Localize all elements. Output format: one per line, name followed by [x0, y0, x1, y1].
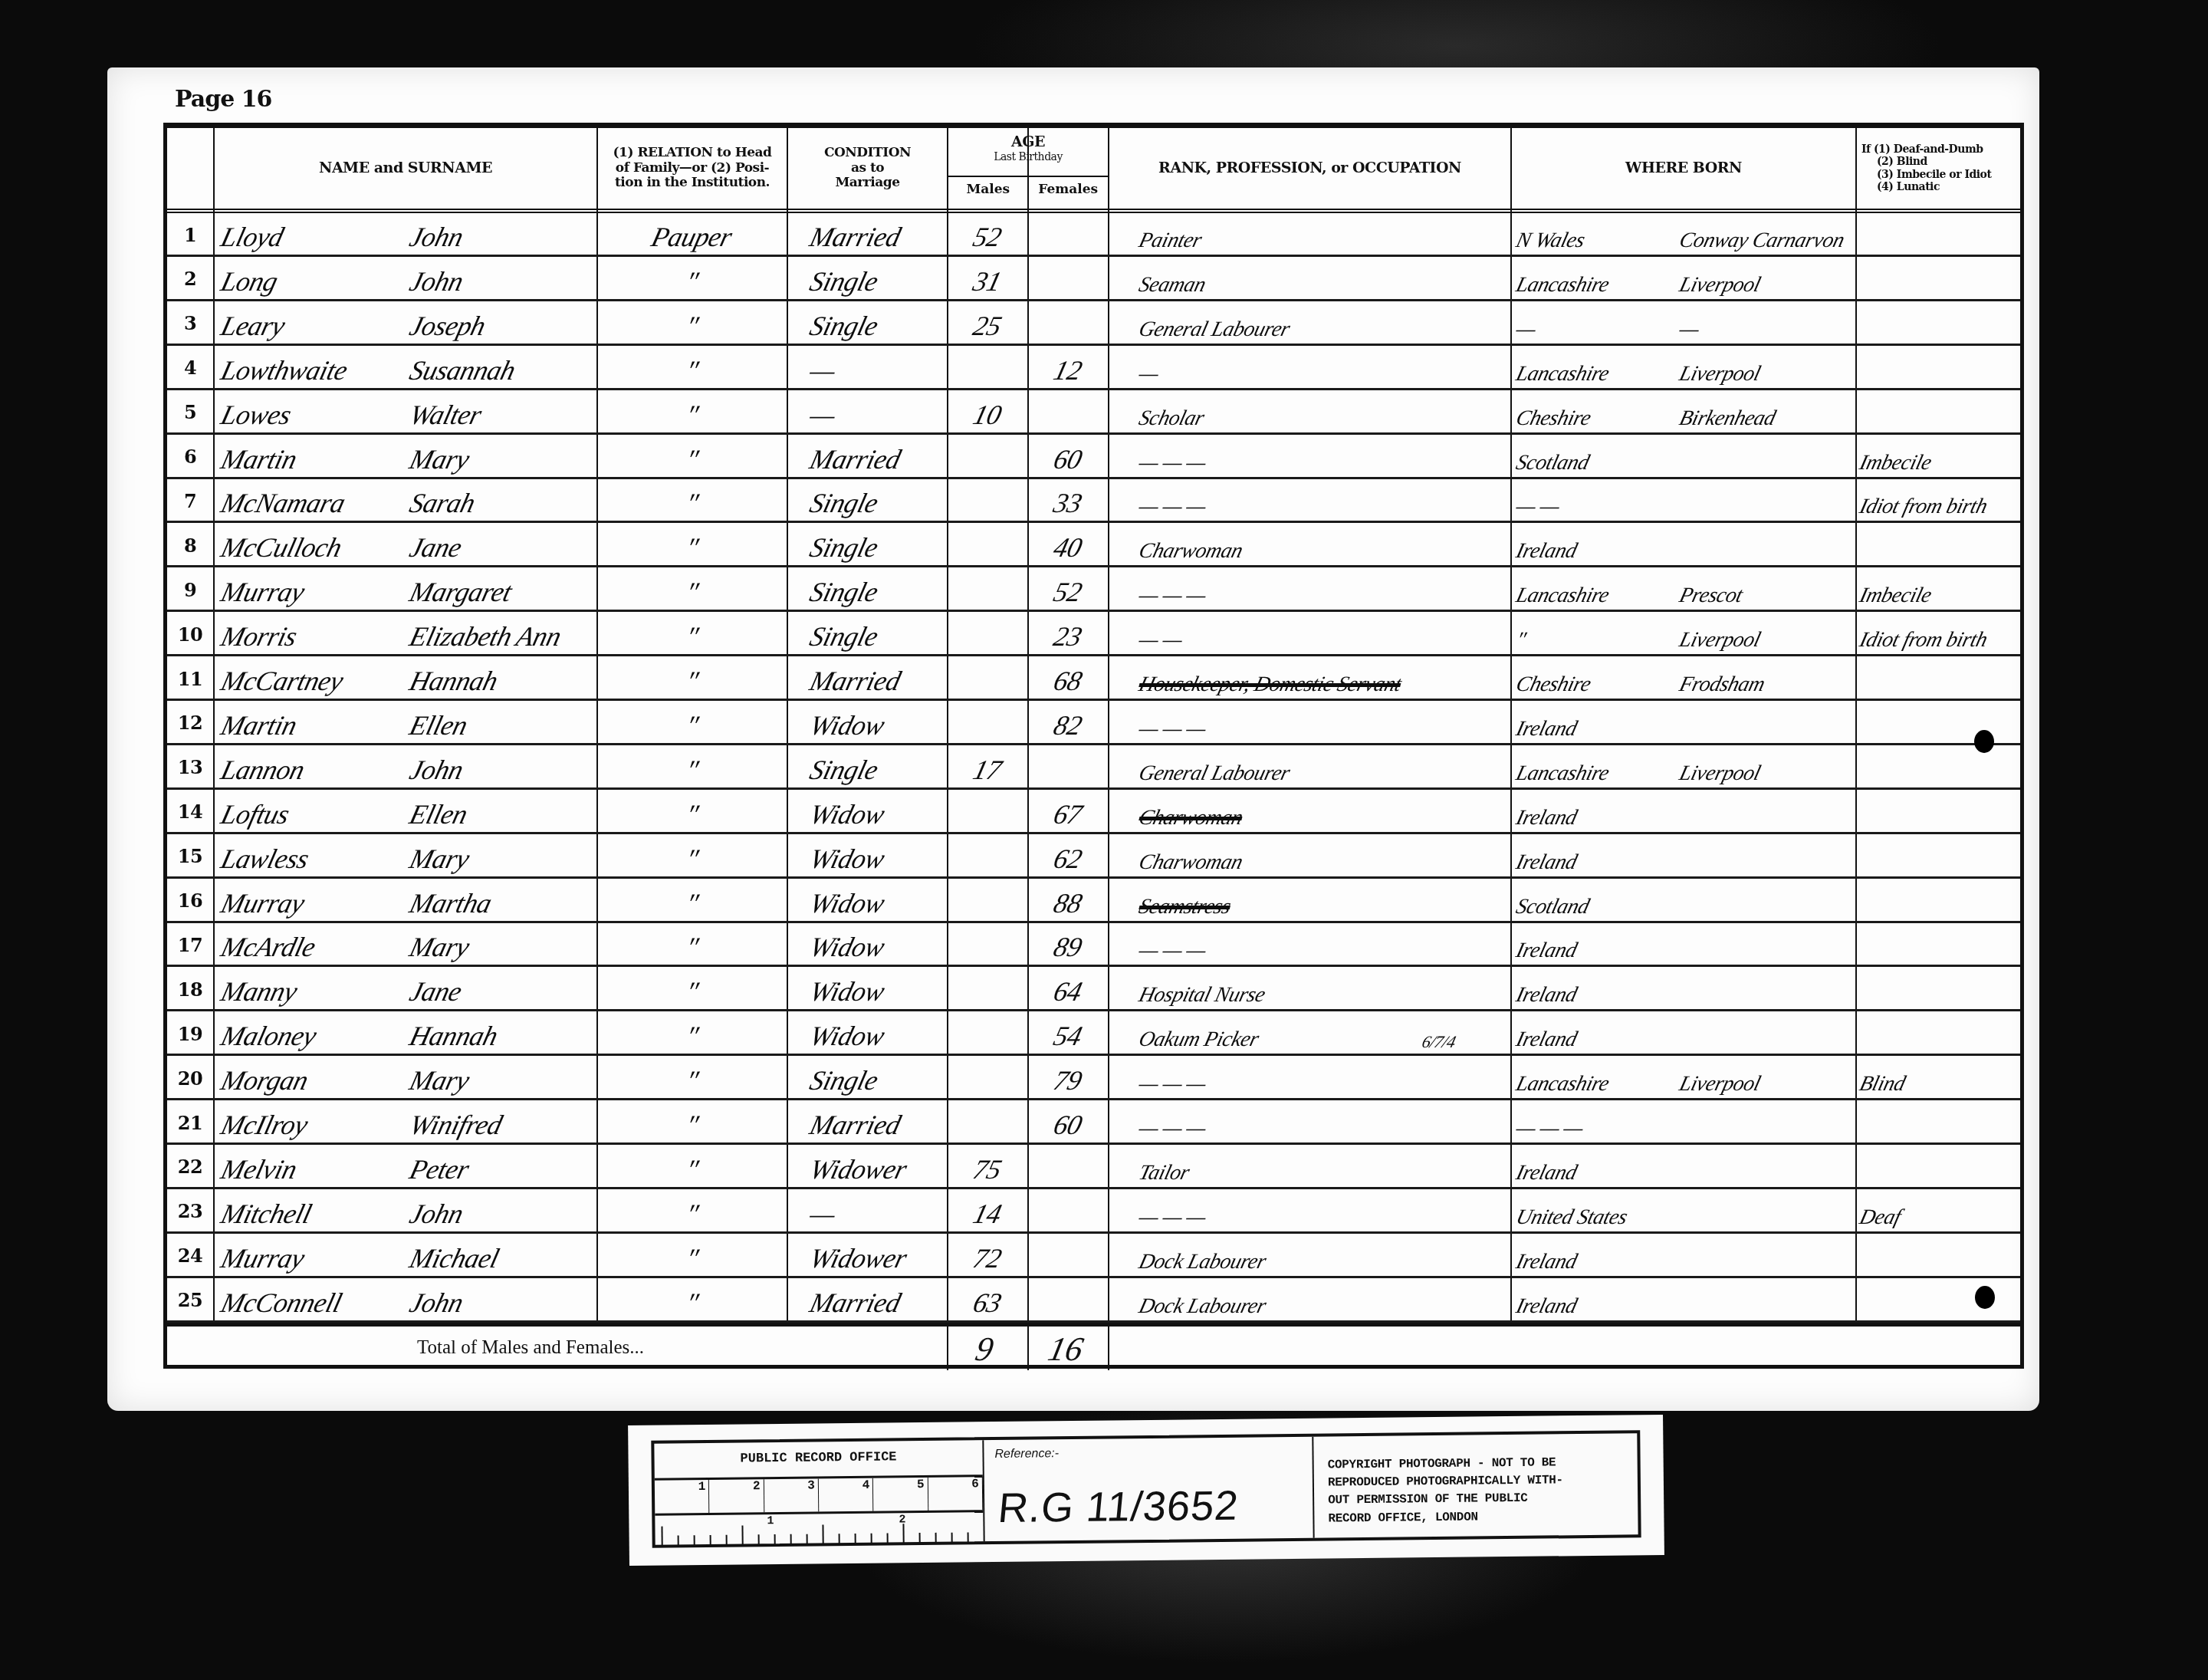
- header-infirmity: If (1) Deaf-and-Dumb (2) Blind (3) Imbec…: [1857, 128, 2022, 209]
- cell-forename: Sarah: [406, 478, 600, 523]
- cell-infirmity: [1856, 656, 2029, 701]
- cell-infirmity: [1856, 390, 2029, 435]
- cell-forename: Martha: [406, 879, 600, 923]
- cell-born-county: Lancashire: [1513, 1056, 1684, 1100]
- cell-born-place: Liverpool: [1676, 257, 1859, 301]
- cell-born-county: Ireland: [1513, 1278, 1684, 1323]
- cell-occupation: — — —: [1135, 1189, 1514, 1234]
- ruler-tick: [774, 1534, 776, 1545]
- cell-surname: Murray: [217, 879, 419, 923]
- cell-occupation: Dock Labourer: [1135, 1234, 1514, 1278]
- ruler-tick: [790, 1534, 792, 1545]
- cell-infirmity: Blind: [1856, 1056, 2029, 1100]
- cell-male-age: 17: [943, 745, 1033, 790]
- cell-female-age: [1024, 390, 1113, 435]
- cell-condition: Single: [806, 745, 952, 790]
- cell-born-place: Conway Carnarvon: [1676, 212, 1859, 257]
- cell-row-number: 4: [167, 346, 213, 390]
- table-row: 11McCartneyHannah"Married68Housekeeper, …: [167, 656, 2020, 701]
- cell-surname: McArdle: [217, 922, 419, 967]
- ruler-tick: [855, 1534, 856, 1544]
- page-number: Page 16: [175, 86, 271, 113]
- cell-row-number: 19: [167, 1011, 213, 1056]
- totals-females: 16: [1045, 1330, 1087, 1369]
- cell-born-place: Liverpool: [1676, 612, 1859, 656]
- cell-relation: ": [593, 656, 792, 701]
- cell-occupation: — — —: [1135, 567, 1514, 612]
- reference-card: PUBLIC RECORD OFFICE 1 2 3 4 5 6 1 2 Ref…: [628, 1415, 1664, 1566]
- copyright-notice: COPYRIGHT PHOTOGRAPH - NOT TO BE REPRODU…: [1313, 1433, 1638, 1537]
- cell-row-number: 5: [167, 390, 213, 435]
- cell-occupation: Scholar: [1135, 390, 1514, 435]
- table-row: 3LearyJoseph"Single25General Labourer——: [167, 301, 2020, 346]
- cell-born-place: [1676, 701, 1859, 745]
- cell-infirmity: [1856, 834, 2029, 879]
- table-row: 23MitchellJohn"—14— — —United StatesDeaf: [167, 1189, 2020, 1234]
- cell-infirmity: [1856, 967, 2029, 1011]
- header-age-females: Females: [1029, 177, 1109, 209]
- cell-female-age: 23: [1024, 612, 1113, 656]
- cell-male-age: 10: [943, 390, 1033, 435]
- cell-female-age: 79: [1024, 1056, 1113, 1100]
- cell-occupation: Hospital Nurse: [1135, 967, 1514, 1011]
- cell-born-county: Ireland: [1513, 1011, 1684, 1056]
- cell-row-number: 9: [167, 567, 213, 612]
- cell-born-place: [1676, 922, 1859, 967]
- cell-condition: —: [806, 346, 952, 390]
- table-row: 4LowthwaiteSusannah"—12—LancashireLiverp…: [167, 346, 2020, 390]
- cell-female-age: 64: [1024, 967, 1113, 1011]
- cell-condition: Single: [806, 567, 952, 612]
- cell-male-age: [943, 567, 1033, 612]
- cell-forename: Walter: [406, 390, 600, 435]
- cell-infirmity: [1856, 346, 2029, 390]
- cell-forename: John: [406, 745, 600, 790]
- cell-born-place: [1676, 1189, 1859, 1234]
- cell-row-number: 16: [167, 879, 213, 923]
- office-name: PUBLIC RECORD OFFICE: [654, 1440, 982, 1480]
- header-age-males: Males: [948, 177, 1029, 209]
- cell-surname: Murray: [217, 1234, 419, 1278]
- cell-female-age: 60: [1024, 435, 1113, 479]
- cell-female-age: 12: [1024, 346, 1113, 390]
- cell-surname: Manny: [217, 967, 419, 1011]
- cell-born-county: Ireland: [1513, 967, 1684, 1011]
- table-row: 16MurrayMartha"Widow88SeamstressScotland: [167, 879, 2020, 923]
- cell-infirmity: [1856, 1100, 2029, 1145]
- cell-male-age: [943, 701, 1033, 745]
- cell-occupation-note: 6/7/4: [1419, 1011, 1506, 1056]
- cell-surname: McCulloch: [217, 523, 419, 567]
- header-age-sub: Males Females: [948, 176, 1108, 209]
- cell-condition: Married: [806, 1278, 952, 1323]
- cell-surname: Loftus: [217, 790, 419, 834]
- ruler-tick: [871, 1534, 872, 1544]
- cell-condition: Married: [806, 1100, 952, 1145]
- cell-born-place: Birkenhead: [1676, 390, 1859, 435]
- cell-born-county: Scotland: [1513, 435, 1684, 479]
- cell-row-number: 15: [167, 834, 213, 879]
- cell-relation: ": [593, 390, 792, 435]
- table-row: 2LongJohn"Single31SeamanLancashireLiverp…: [167, 257, 2020, 301]
- cell-female-age: 89: [1024, 922, 1113, 967]
- cell-row-number: 3: [167, 301, 213, 346]
- totals-males: 9: [972, 1330, 997, 1369]
- cell-infirmity: [1856, 212, 2029, 257]
- cell-forename: Hannah: [406, 1011, 600, 1056]
- ruler-tick: [935, 1533, 937, 1544]
- cell-condition: —: [806, 1189, 952, 1234]
- cell-row-number: 23: [167, 1189, 213, 1234]
- cell-male-age: [943, 478, 1033, 523]
- cell-relation: ": [593, 1278, 792, 1323]
- cell-occupation: Dock Labourer: [1135, 1278, 1514, 1323]
- cell-condition: Married: [806, 656, 952, 701]
- cell-male-age: [943, 790, 1033, 834]
- cell-born-county: Ireland: [1513, 523, 1684, 567]
- ruler-tick: [758, 1534, 760, 1545]
- cell-infirmity: [1856, 301, 2029, 346]
- header-where-born: WHERE BORN: [1512, 128, 1855, 209]
- ruler-bottom: 1 2: [655, 1512, 983, 1546]
- cell-row-number: 8: [167, 523, 213, 567]
- cell-surname: Leary: [217, 301, 419, 346]
- cell-infirmity: [1856, 1011, 2029, 1056]
- cell-row-number: 18: [167, 967, 213, 1011]
- cell-female-age: 40: [1024, 523, 1113, 567]
- cell-born-place: [1676, 435, 1859, 479]
- cell-relation: ": [593, 435, 792, 479]
- header-relation: (1) RELATION to Head of Family—or (2) Po…: [598, 128, 787, 209]
- table-row: 25McConnellJohn"Married63Dock LabourerIr…: [167, 1278, 2020, 1323]
- cell-male-age: [943, 834, 1033, 879]
- cell-male-age: [943, 879, 1033, 923]
- table-row: 21McIlroyWinifred"Married60— — —— — —: [167, 1100, 2020, 1145]
- table-row: 12MartinEllen"Widow82— — —Ireland: [167, 701, 2020, 745]
- ruler-tick: [919, 1533, 921, 1544]
- cell-surname: Maloney: [217, 1011, 419, 1056]
- cell-surname: Lowthwaite: [217, 346, 419, 390]
- cell-row-number: 10: [167, 612, 213, 656]
- cell-female-age: 52: [1024, 567, 1113, 612]
- cell-surname: Morgan: [217, 1056, 419, 1100]
- cell-relation: ": [593, 567, 792, 612]
- cell-occupation: Charwoman: [1135, 523, 1514, 567]
- cell-surname: Lowes: [217, 390, 419, 435]
- cell-condition: Widow: [806, 1011, 952, 1056]
- cell-born-county: Cheshire: [1513, 390, 1684, 435]
- cell-row-number: 17: [167, 922, 213, 967]
- cell-female-age: 67: [1024, 790, 1113, 834]
- cell-occupation: — — —: [1135, 1056, 1514, 1100]
- cell-surname: Long: [217, 257, 419, 301]
- cell-condition: Widow: [806, 701, 952, 745]
- cell-male-age: 52: [943, 212, 1033, 257]
- cell-condition: —: [806, 390, 952, 435]
- cell-condition: Married: [806, 212, 952, 257]
- cell-born-place: [1676, 478, 1859, 523]
- cell-born-county: N Wales: [1513, 212, 1684, 257]
- cell-female-age: 33: [1024, 478, 1113, 523]
- cell-forename: Mary: [406, 1056, 600, 1100]
- cell-forename: Ellen: [406, 790, 600, 834]
- table-row: 22MelvinPeter"Widower75TailorIreland: [167, 1145, 2020, 1189]
- cell-female-age: 62: [1024, 834, 1113, 879]
- cell-relation: ": [593, 1189, 792, 1234]
- cell-infirmity: [1856, 879, 2029, 923]
- cell-infirmity: Idiot from birth: [1856, 478, 2029, 523]
- cell-row-number: 22: [167, 1145, 213, 1189]
- table-row: 9MurrayMargaret"Single52— — —LancashireP…: [167, 567, 2020, 612]
- cell-male-age: [943, 967, 1033, 1011]
- cell-forename: Jane: [406, 967, 600, 1011]
- cell-row-number: 13: [167, 745, 213, 790]
- ruler-top: 1 2 3 4 5 6: [655, 1477, 983, 1515]
- cell-row-number: 11: [167, 656, 213, 701]
- cell-condition: Widow: [806, 834, 952, 879]
- cell-forename: John: [406, 1278, 600, 1323]
- cell-born-place: [1676, 879, 1859, 923]
- cell-male-age: 31: [943, 257, 1033, 301]
- cell-row-number: 25: [167, 1278, 213, 1323]
- cell-born-county: Scotland: [1513, 879, 1684, 923]
- cell-female-age: 68: [1024, 656, 1113, 701]
- cell-forename: Mary: [406, 922, 600, 967]
- cell-born-county: Ireland: [1513, 701, 1684, 745]
- cell-female-age: [1024, 301, 1113, 346]
- ruler-tick: [951, 1533, 953, 1544]
- cell-occupation: General Labourer: [1135, 301, 1514, 346]
- table-row: 7McNamaraSarah"Single33— — —— —Idiot fro…: [167, 478, 2020, 523]
- cell-forename: Peter: [406, 1145, 600, 1189]
- cell-row-number: 2: [167, 257, 213, 301]
- cell-male-age: 63: [943, 1278, 1033, 1323]
- cell-infirmity: [1856, 1278, 2029, 1323]
- cell-row-number: 6: [167, 435, 213, 479]
- cell-infirmity: [1856, 745, 2029, 790]
- census-table: NAME and SURNAME (1) RELATION to Head of…: [163, 123, 2024, 1369]
- cell-relation: ": [593, 612, 792, 656]
- cell-occupation: — — —: [1135, 1100, 1514, 1145]
- cell-row-number: 20: [167, 1056, 213, 1100]
- cell-condition: Widow: [806, 922, 952, 967]
- cell-male-age: [943, 1056, 1033, 1100]
- cell-occupation: — — —: [1135, 701, 1514, 745]
- reference-label: Reference:-: [994, 1447, 1059, 1461]
- cell-male-age: [943, 523, 1033, 567]
- cell-infirmity: Imbecile: [1856, 435, 2029, 479]
- ruler-tick: [661, 1527, 662, 1547]
- cell-relation: ": [593, 1011, 792, 1056]
- table-row: 10MorrisElizabeth Ann"Single23— —"Liverp…: [167, 612, 2020, 656]
- cell-condition: Widow: [806, 967, 952, 1011]
- cell-born-place: —: [1676, 301, 1859, 346]
- cell-born-county: United States: [1513, 1189, 1684, 1234]
- cell-born-place: Liverpool: [1676, 745, 1859, 790]
- cell-relation: ": [593, 745, 792, 790]
- cell-relation: ": [593, 879, 792, 923]
- cell-occupation: Housekeeper, Domestic Servant: [1135, 656, 1514, 701]
- table-row: 17McArdleMary"Widow89— — —Ireland: [167, 922, 2020, 967]
- cell-occupation: — — —: [1135, 478, 1514, 523]
- cell-infirmity: [1856, 790, 2029, 834]
- cell-relation: ": [593, 1100, 792, 1145]
- ruler-tick: [968, 1532, 969, 1543]
- cell-male-age: [943, 656, 1033, 701]
- cell-condition: Widow: [806, 790, 952, 834]
- table-row: 1LloydJohnPauperMarried52PainterN WalesC…: [167, 212, 2020, 257]
- cell-relation: ": [593, 1234, 792, 1278]
- cell-female-age: [1024, 1234, 1113, 1278]
- cell-male-age: [943, 1011, 1033, 1056]
- cell-occupation: — —: [1135, 612, 1514, 656]
- cell-condition: Widow: [806, 879, 952, 923]
- cell-forename: Winifred: [406, 1100, 600, 1145]
- ruler-tick: [741, 1526, 743, 1546]
- cell-relation: ": [593, 478, 792, 523]
- cell-surname: Lannon: [217, 745, 419, 790]
- cell-female-age: [1024, 745, 1113, 790]
- cell-born-place: [1676, 1278, 1859, 1323]
- cell-infirmity: [1856, 523, 2029, 567]
- cell-born-county: —: [1513, 301, 1684, 346]
- cell-male-age: [943, 1100, 1033, 1145]
- table-row: 6MartinMary"Married60— — —ScotlandImbeci…: [167, 435, 2020, 479]
- cell-occupation: — — —: [1135, 922, 1514, 967]
- cell-row-number: 12: [167, 701, 213, 745]
- cell-forename: Mary: [406, 435, 600, 479]
- table-row: 13LannonJohn"Single17General LabourerLan…: [167, 745, 2020, 790]
- cell-born-place: [1676, 1011, 1859, 1056]
- cell-relation: Pauper: [593, 212, 792, 257]
- cell-born-county: — — —: [1513, 1100, 1684, 1145]
- cell-surname: Lloyd: [217, 212, 419, 257]
- cell-infirmity: Imbecile: [1856, 567, 2029, 612]
- cell-surname: McConnell: [217, 1278, 419, 1323]
- header-occupation: RANK, PROFESSION, or OCCUPATION: [1109, 128, 1510, 209]
- cell-row-number: 7: [167, 478, 213, 523]
- cell-condition: Single: [806, 257, 952, 301]
- cell-born-place: Prescot: [1676, 567, 1859, 612]
- cell-born-county: Lancashire: [1513, 745, 1684, 790]
- cell-forename: Joseph: [406, 301, 600, 346]
- cell-infirmity: [1856, 1234, 2029, 1278]
- table-row: 24MurrayMichael"Widower72Dock LabourerIr…: [167, 1234, 2020, 1278]
- cell-female-age: 88: [1024, 879, 1113, 923]
- cell-occupation: —: [1135, 346, 1514, 390]
- cell-occupation: Seaman: [1135, 257, 1514, 301]
- ruler-tick: [694, 1535, 695, 1546]
- office-ruler-panel: PUBLIC RECORD OFFICE 1 2 3 4 5 6 1 2: [654, 1440, 984, 1544]
- cell-row-number: 24: [167, 1234, 213, 1278]
- cell-relation: ": [593, 1056, 792, 1100]
- cell-condition: Single: [806, 612, 952, 656]
- cell-occupation: Charwoman: [1135, 834, 1514, 879]
- header-age: AGE Last Birthday: [948, 128, 1108, 176]
- cell-born-place: [1676, 1145, 1859, 1189]
- ruler-tick: [887, 1534, 889, 1544]
- cell-born-place: Frodsham: [1676, 656, 1859, 701]
- cell-forename: Margaret: [406, 567, 600, 612]
- cell-relation: ": [593, 346, 792, 390]
- cell-condition: Widower: [806, 1145, 952, 1189]
- cell-born-place: [1676, 967, 1859, 1011]
- totals-row: Total of Males and Females... 9 16: [167, 1323, 2020, 1370]
- cell-born-place: Liverpool: [1676, 1056, 1859, 1100]
- cell-infirmity: Idiot from birth: [1856, 612, 2029, 656]
- ruler-tick: [726, 1535, 728, 1546]
- cell-female-age: 82: [1024, 701, 1113, 745]
- cell-born-county: Ireland: [1513, 1234, 1684, 1278]
- reference-value: R.G 11/3652: [996, 1482, 1240, 1532]
- cell-occupation: Tailor: [1135, 1145, 1514, 1189]
- cell-female-age: [1024, 212, 1113, 257]
- table-row: 14LoftusEllen"Widow67CharwomanIreland: [167, 790, 2020, 834]
- cell-row-number: 14: [167, 790, 213, 834]
- cell-relation: ": [593, 701, 792, 745]
- cell-infirmity: [1856, 257, 2029, 301]
- header-condition: CONDITION as to Marriage: [788, 128, 947, 209]
- cell-forename: Mary: [406, 834, 600, 879]
- cell-occupation: — — —: [1135, 435, 1514, 479]
- cell-condition: Single: [806, 523, 952, 567]
- cell-surname: Morris: [217, 612, 419, 656]
- table-row: 19MaloneyHannah"Widow54Oakum PickerIrela…: [167, 1011, 2020, 1056]
- cell-born-county: Lancashire: [1513, 567, 1684, 612]
- cell-infirmity: Deaf: [1856, 1189, 2029, 1234]
- cell-row-number: 21: [167, 1100, 213, 1145]
- cell-born-county: Ireland: [1513, 1145, 1684, 1189]
- ruler-tick: [678, 1535, 679, 1546]
- reference-panel: Reference:- R.G 11/3652: [984, 1437, 1314, 1541]
- table-row: 5LowesWalter"—10ScholarCheshireBirkenhea…: [167, 390, 2020, 435]
- cell-born-county: Lancashire: [1513, 346, 1684, 390]
- ruler-tick: [807, 1534, 808, 1545]
- cell-male-age: 14: [943, 1189, 1033, 1234]
- cell-born-county: Ireland: [1513, 834, 1684, 879]
- cell-born-county: Cheshire: [1513, 656, 1684, 701]
- ink-blot: [1974, 730, 1994, 753]
- cell-forename: John: [406, 1189, 600, 1234]
- cell-relation: ": [593, 834, 792, 879]
- cell-forename: Hannah: [406, 656, 600, 701]
- cell-born-place: [1676, 1234, 1859, 1278]
- cell-surname: Martin: [217, 435, 419, 479]
- cell-male-age: 75: [943, 1145, 1033, 1189]
- cell-relation: ": [593, 257, 792, 301]
- cell-born-place: Liverpool: [1676, 346, 1859, 390]
- cell-female-age: [1024, 257, 1113, 301]
- cell-surname: McIlroy: [217, 1100, 419, 1145]
- cell-relation: ": [593, 1145, 792, 1189]
- cell-female-age: 54: [1024, 1011, 1113, 1056]
- cell-female-age: 60: [1024, 1100, 1113, 1145]
- cell-male-age: 25: [943, 301, 1033, 346]
- cell-born-county: Ireland: [1513, 790, 1684, 834]
- cell-male-age: 72: [943, 1234, 1033, 1278]
- cell-surname: McCartney: [217, 656, 419, 701]
- cell-forename: John: [406, 212, 600, 257]
- cell-forename: Michael: [406, 1234, 600, 1278]
- cell-forename: Ellen: [406, 701, 600, 745]
- cell-male-age: [943, 435, 1033, 479]
- cell-surname: Martin: [217, 701, 419, 745]
- table-row: 18MannyJane"Widow64Hospital NurseIreland: [167, 967, 2020, 1011]
- cell-condition: Married: [806, 435, 952, 479]
- cell-forename: Jane: [406, 523, 600, 567]
- cell-born-county: Ireland: [1513, 922, 1684, 967]
- cell-born-county: Lancashire: [1513, 257, 1684, 301]
